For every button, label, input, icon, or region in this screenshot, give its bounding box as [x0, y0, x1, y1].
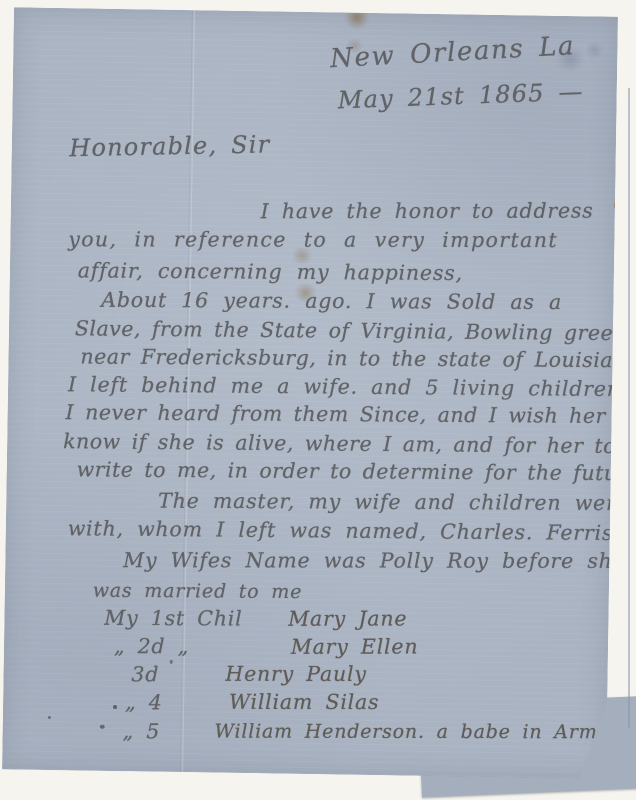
letter-line: I left behind me a wife. and 5 living ch…	[68, 372, 618, 401]
letter-line: was married to me	[93, 580, 303, 603]
letter-line: About 16 years. ago. I was Sold as a	[101, 288, 562, 314]
letter-line: you, in reference to a very important	[68, 227, 558, 252]
salutation: Honorable, Sir	[69, 130, 270, 162]
child-row-label: „ 4	[125, 690, 163, 714]
letter-line: I never heard from them Since, and I wis…	[65, 400, 617, 428]
letter-paper: New Orleans La May 21st 1865 — Honorable…	[2, 7, 618, 778]
child-row-label: „ 5	[122, 719, 160, 743]
ink-speck	[48, 716, 51, 719]
child-row-label: My 1st Chil	[104, 606, 242, 631]
child-row-name: William Silas	[229, 690, 379, 714]
child-row-label: „ 2d „	[114, 634, 189, 658]
letter-line: The master, my wife and children were	[158, 489, 618, 515]
stain	[610, 535, 617, 547]
child-row-label: 3d	[131, 662, 159, 686]
dateline-date: May 21st 1865 —	[337, 77, 584, 114]
ink-speck	[100, 725, 105, 729]
stain	[614, 201, 618, 210]
child-row-name: Mary Jane	[288, 606, 407, 630]
letter-line: I have the honor to address	[261, 199, 594, 224]
letter-line: affair, concerning my happiness,	[78, 258, 463, 285]
letter-line: Slave, from the State of Virginia, Bowli…	[75, 316, 618, 345]
child-row-name: Henry Pauly	[225, 662, 366, 686]
letter-line: near Fredericksburg, in to the state of …	[80, 344, 618, 372]
ink-speck	[170, 660, 173, 664]
child-row-name: William Henderson. a babe in Arms —	[214, 721, 617, 744]
ink-speck	[113, 705, 117, 709]
letter-line: My Wifes Name was Polly Roy before she	[123, 548, 618, 573]
letter-line: with, whom I left was named, Charles. Fe…	[68, 516, 614, 545]
child-row-name: Mary Ellen	[291, 635, 419, 659]
stain	[583, 42, 605, 58]
scan-background: New Orleans La May 21st 1865 — Honorable…	[0, 0, 636, 800]
stain	[343, 7, 371, 29]
dateline-place: New Orleans La	[329, 31, 575, 74]
letter-line: know if she is alive, where I am, and fo…	[63, 429, 616, 458]
under-sheet-edge	[628, 88, 630, 728]
letter-line: write to me, in order to determine for t…	[77, 457, 618, 485]
